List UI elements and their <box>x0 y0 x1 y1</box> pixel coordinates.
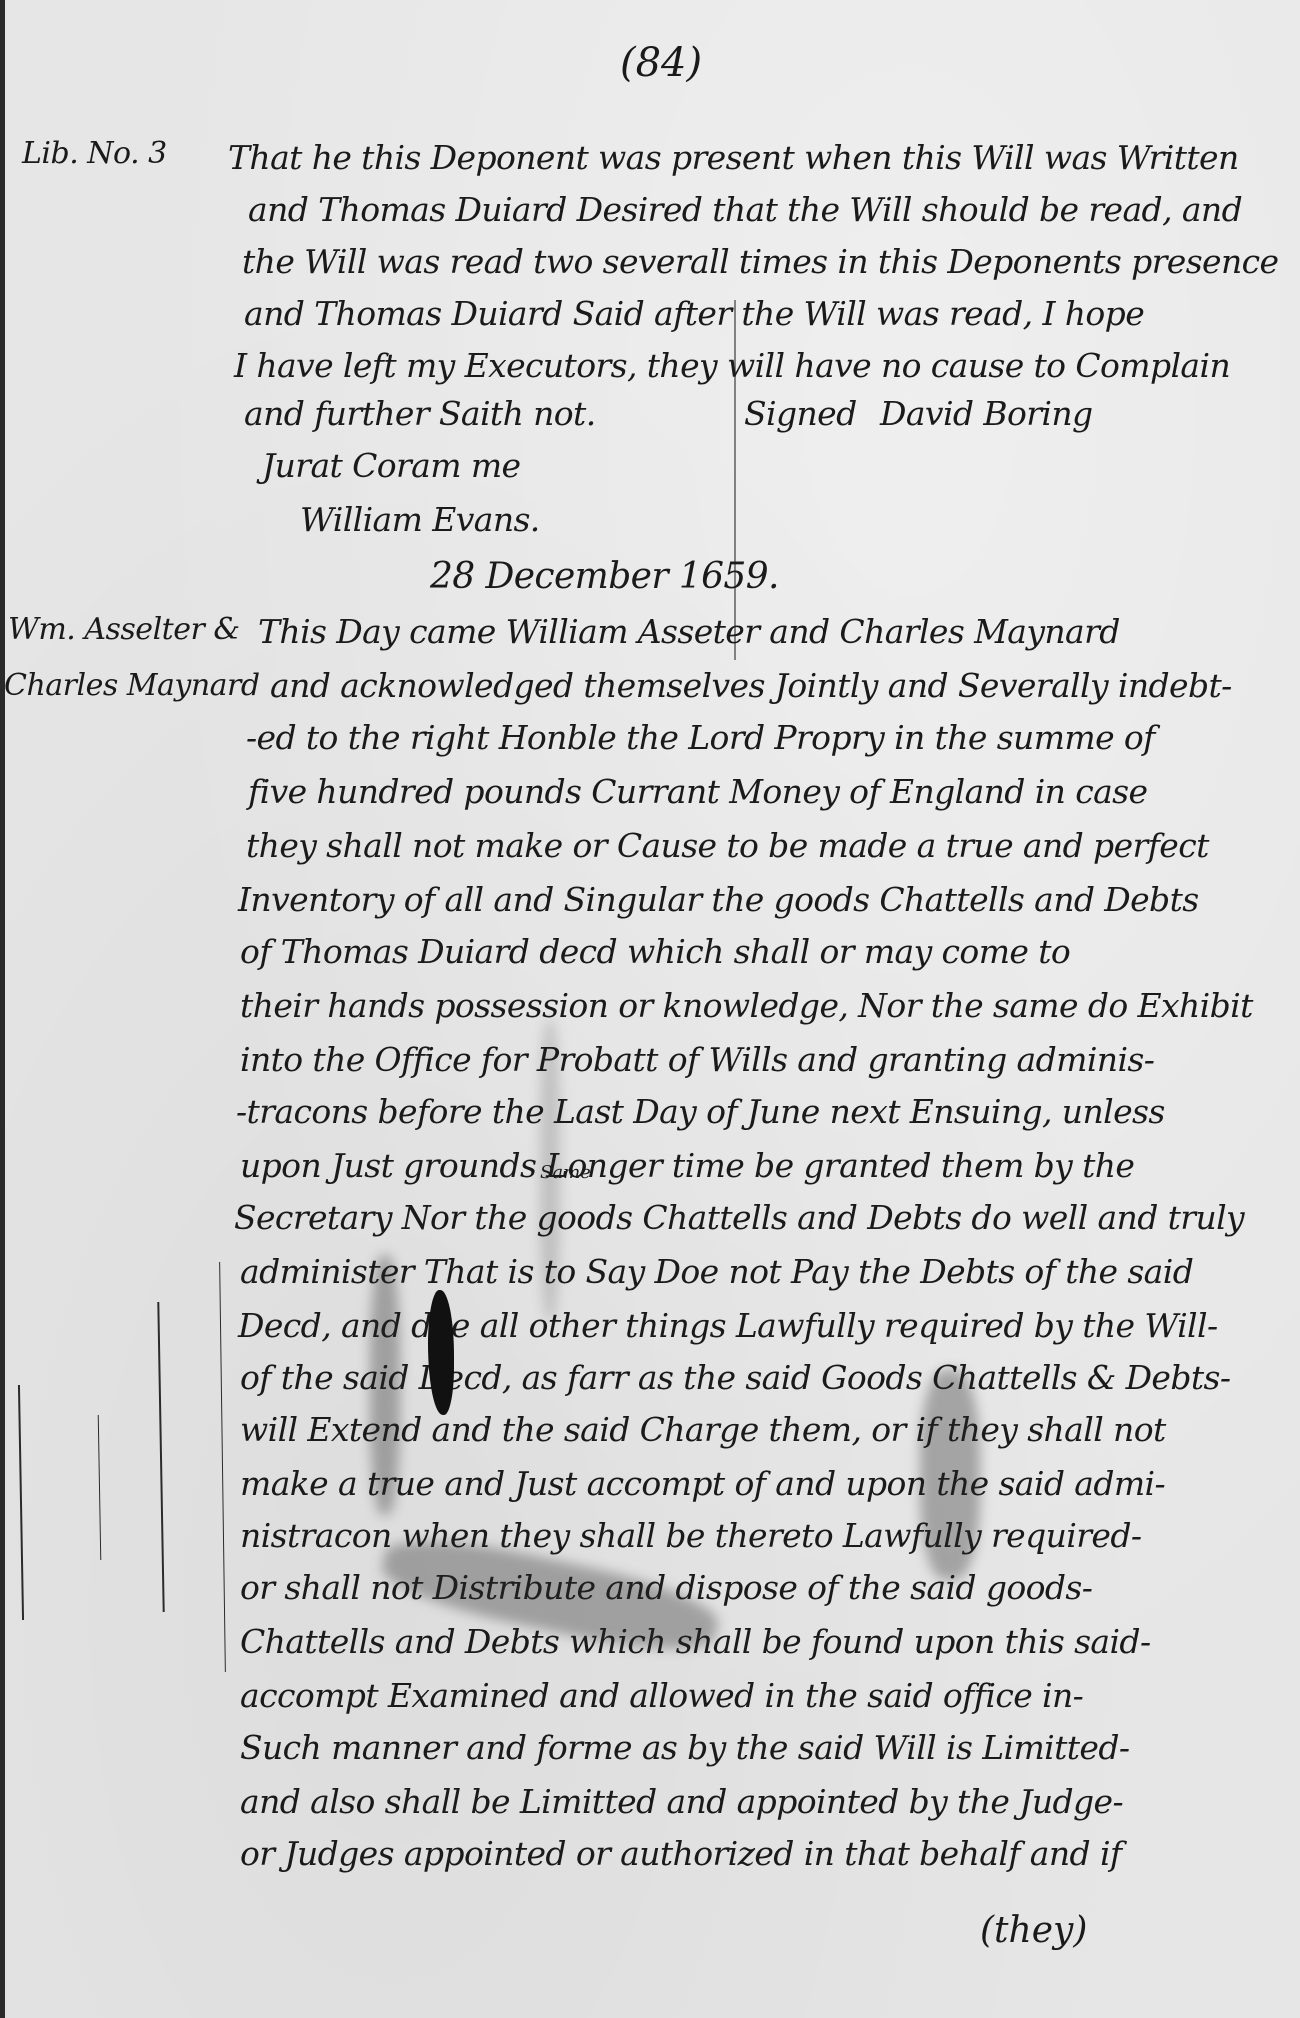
bond-line: five hundred pounds Currant Money of Eng… <box>248 772 1147 811</box>
bond-line: and also shall be Limitted and appointed… <box>240 1782 1123 1821</box>
signed-label: Signed <box>744 394 857 433</box>
bond-line: -tracons before the Last Day of June nex… <box>236 1092 1165 1131</box>
margin-note-bond-name-1: Wm. Asselter & <box>8 612 240 647</box>
page-number: (84) <box>620 40 702 86</box>
bond-line: Such manner and forme as by the said Wil… <box>240 1728 1129 1767</box>
bond-line: their hands possession or knowledge, Nor… <box>240 986 1253 1025</box>
bond-line: they shall not make or Cause to be made … <box>246 826 1209 865</box>
deposition-line: and Thomas Duiard Desired that the Will … <box>248 190 1242 229</box>
deposition-line: I have left my Executors, they will have… <box>234 346 1230 385</box>
ink-smudge <box>920 1370 980 1580</box>
margin-rule-line <box>18 1385 24 1620</box>
page-edge-shadow <box>0 0 5 2018</box>
bond-line: of Thomas Duiard decd which shall or may… <box>240 932 1070 971</box>
deposition-line: the Will was read two severall times in … <box>242 242 1278 281</box>
jurat-line: Jurat Coram me <box>262 446 520 485</box>
margin-note-bond-name-2: Charles Maynard <box>4 668 260 703</box>
deposition-line: and Thomas Duiard Said after the Will wa… <box>244 294 1144 333</box>
deposition-line: That he this Deponent was present when t… <box>228 138 1239 177</box>
bond-line: or Judges appointed or authorized in tha… <box>240 1834 1122 1873</box>
witness-signature-william-evans: William Evans. <box>300 500 540 539</box>
ink-smudge <box>540 1020 560 1320</box>
ink-blot <box>428 1290 454 1415</box>
bond-line: Inventory of all and Singular the goods … <box>238 880 1199 919</box>
margin-note-lib-ref: Lib. No. 3 <box>22 136 167 171</box>
margin-rule-line <box>98 1415 102 1560</box>
margin-rule-line <box>219 1262 226 1672</box>
bond-line: Secretary Nor the goods Chattells and De… <box>234 1198 1244 1237</box>
catchword: (they) <box>980 1910 1087 1951</box>
bond-line: into the Office for Probatt of Wills and… <box>240 1040 1154 1079</box>
bond-line: and acknowledged themselves Jointly and … <box>270 666 1232 705</box>
deposition-line: and further Saith not. <box>244 394 596 433</box>
bond-line: -ed to the right Honble the Lord Propry … <box>246 718 1155 757</box>
bond-line: nistracon when they shall be thereto Law… <box>240 1516 1141 1555</box>
margin-rule-line <box>157 1302 164 1612</box>
ink-smudge <box>370 1255 400 1515</box>
bond-line: accompt Examined and allowed in the said… <box>240 1676 1083 1715</box>
manuscript-page: (84) Lib. No. 3 Wm. Asselter & Charles M… <box>0 0 1300 2018</box>
bond-line: upon Just grounds Longer time be granted… <box>240 1146 1134 1185</box>
signature-david-boring: David Boring <box>880 394 1093 433</box>
bond-line: This Day came William Asseter and Charle… <box>258 612 1120 651</box>
date-heading: 28 December 1659. <box>430 556 779 597</box>
